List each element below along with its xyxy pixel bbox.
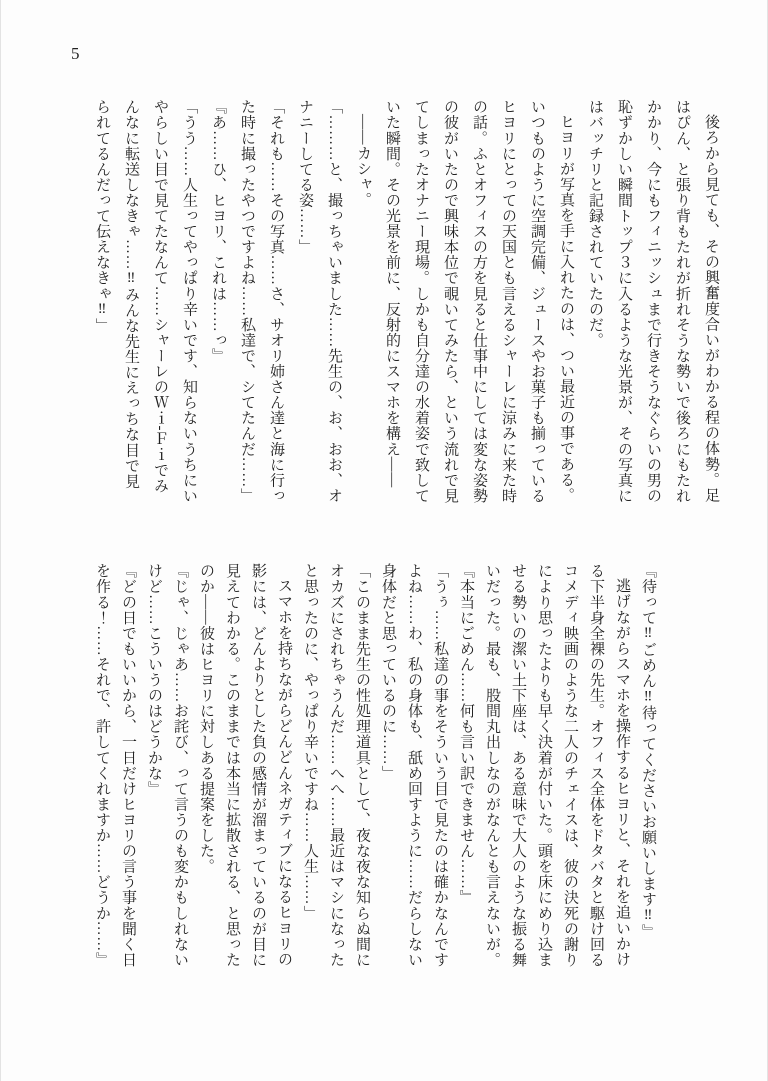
paragraph: ――カシャ。 bbox=[348, 99, 377, 504]
paragraph: 後ろから見ても、その興奮度合いがわかる程の体勢。足はぴん、と張り背もたれが折れそ… bbox=[580, 99, 725, 504]
paragraph: 『どの日でもいいから、一日だけヒヨリの言う事を聞く日を作る！……それで、許してく… bbox=[89, 563, 141, 968]
page-number: 5 bbox=[71, 44, 81, 64]
paragraph: スマホを持ちながらどんどんネガティブになるヒヨリの影には、どんよりとした負の感情… bbox=[193, 563, 297, 968]
text-block-top: 後ろから見ても、その興奮度合いがわかる程の体勢。足はぴん、と張り背もたれが折れそ… bbox=[87, 99, 725, 504]
text-block-bottom: 『待って‼ごめん‼待ってくださいお願いします‼』逃げながらスマホを操作するヒヨリ… bbox=[89, 563, 661, 968]
paragraph: 「うぅ……私達の事をそういう目で見たのは確かなんですよね……わ、私の身体も、舐め… bbox=[375, 563, 453, 968]
document-page: 5 後ろから見ても、その興奮度合いがわかる程の体勢。足はぴん、と張り背もたれが折… bbox=[0, 0, 768, 1081]
paragraph: 『本当にごめん……何も言い訳できません……』 bbox=[453, 563, 479, 968]
paragraph: 『あ……ひ、ヒヨリ、これは……っ』 bbox=[203, 99, 232, 504]
paragraph: 「このまま先生の性処理道具として、夜な夜な知らぬ間にオカズにされちゃうんだ……へ… bbox=[297, 563, 375, 968]
paragraph: 逃げながらスマホを操作するヒヨリと、それを追いかける下半身全裸の先生。オフィス全… bbox=[479, 563, 635, 968]
paragraph: 「………と、撮っちゃいました……先生の、お、おお、オナニーしてる姿……」 bbox=[290, 99, 348, 504]
paragraph: 「それも……その写真……さ、サオリ姉さん達と海に行った時に撮ったやつですよね……… bbox=[232, 99, 290, 504]
paragraph: 『じゃ、じゃあ……お詫び、って言うのも変かもしれないけど……こういうのはどうかな… bbox=[141, 563, 193, 968]
paragraph: ヒヨリが写真を手に入れたのは、つい最近の事である。いつものように空調完備、ジュー… bbox=[377, 99, 580, 504]
paragraph: 「うう……人生ってやっぱり辛いです、知らないうちにいやらしい目で見てたなんて……… bbox=[87, 99, 203, 504]
paragraph: 『待って‼ごめん‼待ってくださいお願いします‼』 bbox=[635, 563, 661, 968]
